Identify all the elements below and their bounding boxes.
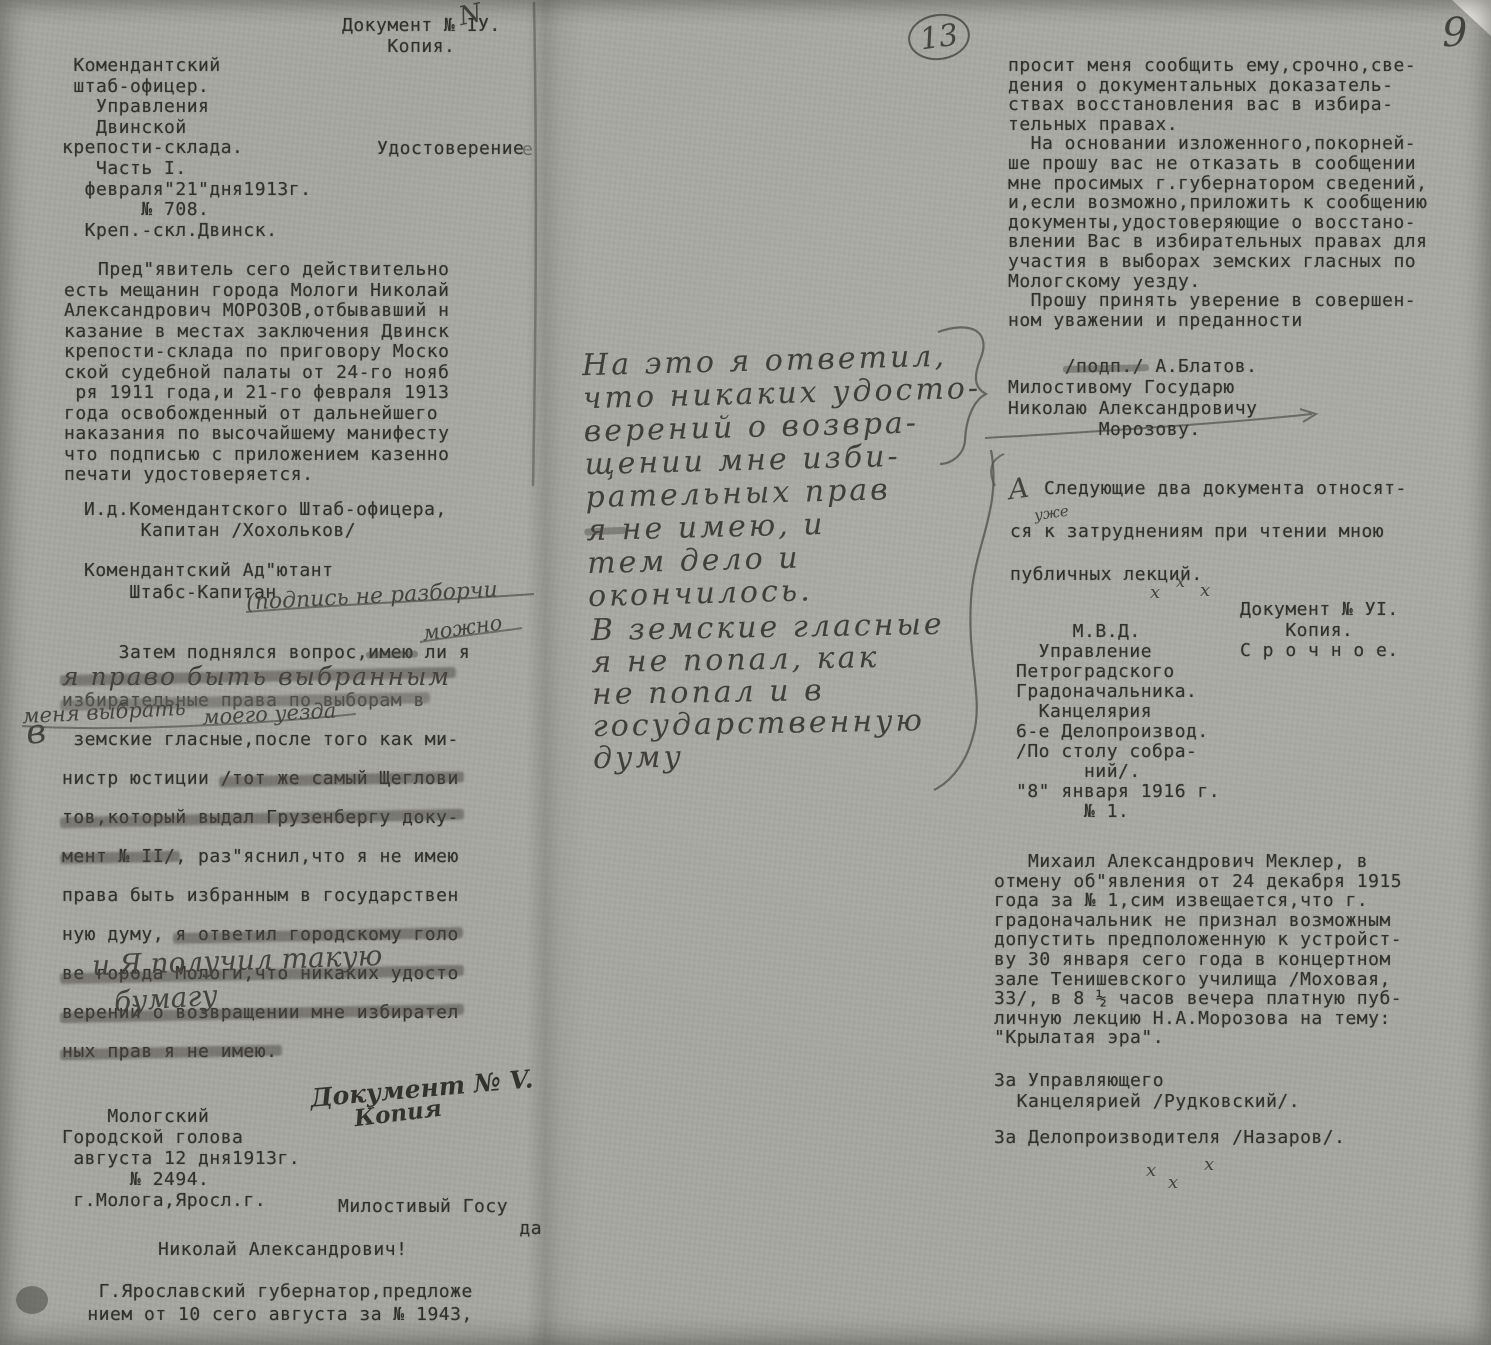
certificate-body: Пред"явитель сего действительноесть меща…	[64, 260, 449, 486]
pencil-curve	[991, 454, 1004, 486]
handwritten-annotation: х	[1204, 1154, 1214, 1175]
text-line: что подписью с приложением казенно	[64, 445, 449, 466]
dvinsk-letterhead: Комендантский штаб-офицер. Управления Дв…	[62, 56, 311, 241]
text-line: документы,удостоверяющие о восстано-	[1008, 213, 1427, 233]
text-line: дения о документальных доказатель-	[1008, 76, 1427, 96]
text-line: ву 30 января сего года в концертном	[994, 950, 1402, 970]
clerk-signoff: За Делопроизводителя /Назаров/.	[994, 1128, 1345, 1149]
salutation-right: Милостивый Госу да	[338, 1196, 542, 1240]
handwritten-annotation: можно	[421, 611, 504, 646]
text-line: № 2494.	[62, 1169, 300, 1190]
text-line: Двинской	[62, 118, 311, 139]
handwritten-annotation: 9	[1441, 10, 1468, 57]
text-line: М.В.Д.	[1016, 622, 1220, 642]
text-line: № 1.	[1016, 802, 1220, 822]
text-line: Городской голова	[62, 1127, 300, 1148]
handwritten-annotation: в	[24, 711, 48, 753]
text-line: просит меня сообщить ему,срочно,све-	[1008, 56, 1427, 76]
text-line: земские гласные,после того как ми-	[62, 729, 470, 750]
text-line: Александрович МОРОЗОВ,отбывавший н	[64, 301, 449, 322]
text-line: года за № 1,сим извещается,что г.	[994, 891, 1402, 911]
text-line: Капитан /Хохольков/	[84, 521, 447, 542]
text-line: 6-е Делопроизвод.	[1016, 722, 1220, 742]
text-line: "8" января 1916 г.	[1016, 782, 1220, 802]
handwritten-annotation: х	[1176, 572, 1185, 591]
text-line: мент № II/, раз"яснил,что я не имею	[62, 846, 470, 867]
text-line: нием от 10 сего августа за № 1943,	[76, 1303, 473, 1326]
governor-paragraph: Г.Ярославский губернатор,предложе нием о…	[76, 1280, 473, 1326]
text-line: мне просимых г.губернатором сведений,	[1008, 174, 1427, 194]
text-line: думу	[593, 737, 947, 775]
text-line: № 708.	[62, 200, 311, 221]
text-line: Следующие два документа относят-	[1010, 478, 1407, 499]
text-line: ше прошу вас не отказать в сообщении	[1008, 154, 1427, 174]
text-line: За Управляющего	[994, 1070, 1300, 1091]
text-line: Часть I.	[62, 159, 311, 180]
text-line: Управления	[62, 97, 311, 118]
text-line: Мологский	[62, 1106, 300, 1127]
text-line: я право быть выбранным	[62, 664, 470, 690]
handwritten-annotation: е	[522, 139, 533, 160]
document-6-header: Документ № УI. Копия.С р о ч н о е.	[1240, 600, 1399, 662]
mvd-letterhead: М.В.Д. УправлениеПетроградскогоГрадонача…	[1016, 622, 1220, 822]
text-line: На основании изложенного,покорней-	[1008, 134, 1427, 154]
text-line: /подп./ А.Блатов.	[1008, 356, 1257, 377]
lecture-note-intro: Следующие два документа относят-ся к зат…	[1010, 478, 1407, 585]
text-line: Мологскому уезду.	[1008, 272, 1427, 292]
text-line: Милостивый Госу	[338, 1196, 542, 1218]
mekler-paragraph: Михаил Александрович Меклер, вотмену об"…	[994, 852, 1402, 1048]
handwritten-annotation: х	[1150, 582, 1160, 603]
text-line: /По столу собра-	[1016, 742, 1220, 762]
text-line: Копия.	[1240, 621, 1399, 642]
text-line: права быть избранным в государствен	[62, 885, 470, 906]
text-line: градоначальник не признал возможным	[994, 911, 1402, 931]
text-line: Милостивому Государю	[1008, 377, 1257, 398]
text-line: Николаю Александровичу	[1008, 398, 1257, 419]
blatov-signature: /подп./ А.Блатов.Милостивому ГосударюНик…	[1008, 356, 1257, 440]
handwritten-annotation: А	[1006, 471, 1032, 507]
text-line: зале Тенишевского училища /Моховая,	[994, 970, 1402, 990]
text-line: С р о ч н о е.	[1240, 641, 1399, 662]
text-line: крепости-склада.	[62, 138, 311, 159]
mologa-letterhead: МологскийГородской голова августа 12 дня…	[62, 1106, 300, 1211]
text-line: нистр юстиции /тот же самый Щеглови	[62, 768, 470, 789]
text-line: Комендантский Ад"ютант	[84, 560, 333, 582]
text-line: ря 1911 года,и 21-го февраля 1913	[64, 383, 449, 404]
handwritten-reply-block: На это я ответил,что никаких удосто-вере…	[582, 339, 987, 613]
text-line: ний/.	[1016, 762, 1220, 782]
text-line: года освобожденный от дальнейшего	[64, 404, 449, 425]
text-line: казание в местах заключения Двинск	[64, 322, 449, 343]
text-line: тов,который выдал Грузенбергу доку-	[62, 807, 470, 828]
handwritten-annotation: 13	[905, 10, 973, 64]
text-line: крепости-склада по приговору Моско	[64, 342, 449, 363]
text-line: Морозову.	[1008, 419, 1257, 440]
greeting-line: Николай Александрович!	[158, 1240, 407, 1261]
text-line: Прошу принять уверение в совершен-	[1008, 291, 1427, 311]
chancellery-signoff: За Управляющего Канцелярией /Рудковский/…	[994, 1070, 1300, 1112]
text-line: августа 12 дня1913г.	[62, 1148, 300, 1169]
handwritten-outcome-block: В земские гласныея не попал, какне попал…	[591, 609, 948, 775]
text-line: Михаил Александрович Меклер, в	[994, 852, 1402, 872]
text-line: г.Молога,Яросл.г.	[62, 1190, 300, 1211]
text-line: влении Вас в избирательных правах для	[1008, 232, 1427, 252]
text-line: 33/, в 8 ½ часов вечера платную пуб-	[994, 989, 1402, 1009]
text-line: Градоначальника.	[1016, 682, 1220, 702]
text-line: Затем поднялся вопрос,имею ли я	[62, 642, 470, 663]
text-line: тельных правах.	[1008, 115, 1427, 135]
handwritten-annotation: х	[1168, 1172, 1178, 1193]
text-line: Г.Ярославский губернатор,предложе	[76, 1280, 473, 1303]
text-line: ствах восстановления вас в избира-	[1008, 95, 1427, 115]
text-line: Копия.	[342, 37, 501, 58]
handwritten-annotation: х	[1146, 1160, 1156, 1181]
page-fold-crease	[526, 0, 586, 1345]
text-line: Канцелярия	[1016, 702, 1220, 722]
text-line: И.д.Комендантского Штаб-офицера,	[84, 500, 447, 521]
handwritten-annotation: N	[456, 0, 484, 32]
ink-blot	[16, 1286, 48, 1314]
signature-khokholkov: И.д.Комендантского Штаб-офицера, Капитан…	[84, 500, 447, 541]
text-line: отмену об"явления от 24 декабря 1915	[994, 872, 1402, 892]
text-line: Канцелярией /Рудковский/.	[994, 1091, 1300, 1112]
text-line: ся к затруднениям при чтении мною	[1010, 521, 1407, 542]
text-line: За Делопроизводителя /Назаров/.	[994, 1128, 1345, 1149]
text-line: ных прав я не имею.	[62, 1041, 470, 1062]
handwritten-annotation: х	[1200, 580, 1210, 601]
certificate-title: Удостоверение	[377, 139, 524, 160]
text-line: ской судебной палаты от 24-го нояб	[64, 363, 449, 384]
text-line: Управление	[1016, 642, 1220, 662]
text-line: февраля"21"дня1913г.	[62, 180, 311, 201]
text-line: ную думу, я ответил городскому голо	[62, 924, 470, 945]
text-line: участия в выборах земских гласных по	[1008, 252, 1427, 272]
text-line: и,если возможно,приложить к сообщению	[1008, 193, 1427, 213]
text-line: печати удостоверяется.	[64, 465, 449, 486]
text-line: Петроградского	[1016, 662, 1220, 682]
text-line: "Крылатая эра".	[994, 1028, 1402, 1048]
text-line: допустить предположенную к устройст-	[994, 930, 1402, 950]
text-line: Документ № УI.	[1240, 600, 1399, 621]
text-line: Николай Александрович!	[158, 1240, 407, 1261]
text-line: есть мещанин города Мологи Николай	[64, 281, 449, 302]
text-line: наказания по высочайшему манифесту	[64, 424, 449, 445]
text-line: штаб-офицер.	[62, 77, 311, 98]
text-line: личную лекцию Н.А.Морозова на тему:	[994, 1009, 1402, 1029]
text-line: Креп.-скл.Двинск.	[62, 221, 311, 242]
text-line: да	[338, 1218, 542, 1240]
governor-request-body: просит меня сообщить ему,срочно,све-дени…	[1008, 56, 1427, 330]
text-line: Комендантский	[62, 56, 311, 77]
text-line: ном уважении и преданности	[1008, 311, 1427, 331]
document-scan: Документ № IУ. Копия. Комендантский штаб…	[0, 0, 1491, 1345]
text-line: Пред"явитель сего действительно	[64, 260, 449, 281]
left-sheet-edge-line	[533, 2, 536, 486]
